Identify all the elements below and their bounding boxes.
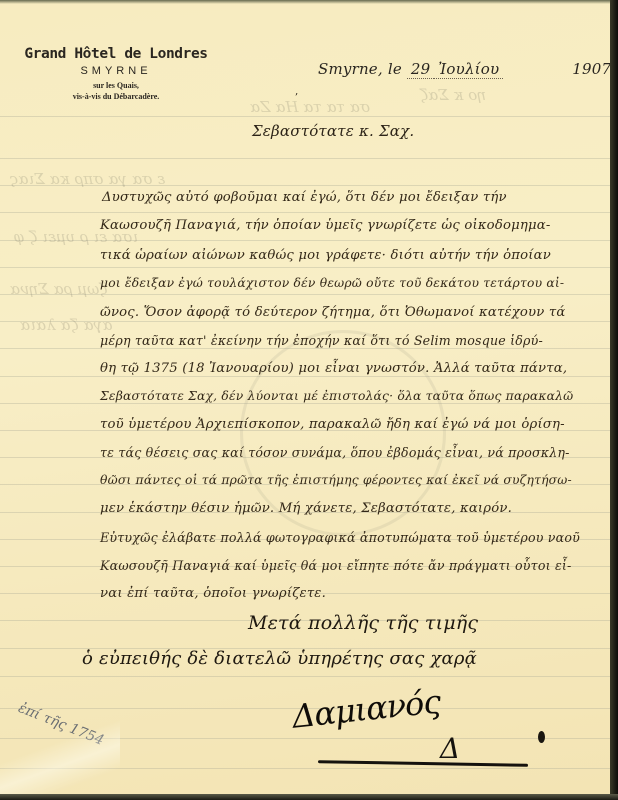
body-line: Καωσουζῆ Παναγιά, τήν ὁποίαν ὑμεῖς γνωρί…: [100, 218, 551, 233]
scan-top-shadow: [0, 0, 610, 4]
ink-blot: [538, 731, 545, 743]
paper-fold-highlight: [0, 714, 120, 794]
hotel-letterhead: Grand Hôtel de Londres SMYRNE sur les Qu…: [16, 46, 216, 101]
date-line: Smyrne, le 29Ἰουλίου 1907: [318, 60, 610, 78]
body-line: τικά ὡραίων αἰώνων καθώς μοι γράφετε· δι…: [100, 248, 551, 263]
ruled-line: [0, 676, 610, 677]
date-day: 29: [407, 60, 435, 79]
signature: Δαμιανός: [290, 682, 441, 735]
date-year: 1907: [572, 60, 610, 78]
salutation: Σεβαστότατε κ. Σαχ.: [252, 122, 414, 140]
ruled-line: [0, 158, 610, 159]
letter-page: ε σα γα σπρ κα Σιας ισα ει ρ υμει ζ φ ζω…: [0, 0, 610, 794]
date-month: Ἰουλίου: [434, 60, 503, 79]
closing-line-2: ὁ εὐπειθής δὲ διατελῶ ὑπηρέτης σας χαρᾷ: [82, 648, 477, 669]
ink-mark: ‚: [295, 86, 298, 97]
body-line: μεν ἑκάστην θέσιν ἡμῶν. Μή χάνετε, Σεβασ…: [100, 501, 512, 516]
ruled-line: [0, 212, 610, 213]
body-line: ῶνος. Ὅσον ἀφορᾷ τό δεύτερον ζήτημα, ὅτι…: [100, 305, 566, 320]
body-line: μοι ἔδειξαν ἐγώ τουλάχιστον δέν θεωρῶ οὔ…: [100, 276, 564, 290]
body-line: Σεβαστότατε Σαχ, δέν λύονται μέ ἐπιστολά…: [100, 389, 573, 403]
bleed-through-text: ε σα γα σπρ κα Σιας: [10, 170, 165, 188]
body-line: τοῦ ὑμετέρου Ἀρχιεπίσκοπον, παρακαλῶ ἤδη…: [100, 417, 565, 432]
hotel-address-line-1: sur les Quais,: [16, 81, 216, 90]
body-line: θῶσι πάντες οἱ τά πρῶτα τῆς ἐπιστήμης φέ…: [100, 473, 572, 487]
signature-initial: Δ: [440, 732, 460, 765]
body-line: Εὐτυχῶς ἐλάβατε πολλά φωτογραφικά ἀποτυπ…: [100, 530, 580, 545]
bleed-through-text: ηο κ Σαζ: [420, 86, 486, 104]
hotel-city: SMYRNE: [16, 65, 216, 77]
body-line: Δυστυχῶς αὐτό φοβοῦμαι καί ἐγώ, ὅτι δέν …: [102, 190, 507, 205]
ruled-line: [0, 267, 610, 268]
scan-edge-bottom: [0, 794, 618, 800]
date-place: Smyrne, le: [318, 60, 402, 78]
hotel-name: Grand Hôtel de Londres: [16, 46, 216, 62]
body-line: θη τῷ 1375 (18 Ἰανουαρίου) μοι εἶναι γνω…: [100, 361, 567, 376]
body-line: μέρη ταῦτα κατ' ἐκείνην τήν ἐποχήν καί ὅ…: [100, 333, 543, 348]
closing-line-1: Μετά πολλῆς τῆς τιμῆς: [248, 612, 478, 634]
bleed-through-text: ζωμ ρα Σηνα: [10, 280, 107, 298]
scan-edge-right: [610, 0, 618, 800]
body-line: τε τάς θέσεις σας καί τόσον συνάμα, ὅπου…: [100, 445, 570, 460]
signature-underline: [318, 760, 528, 767]
bleed-through-text: αγα ζα λαια: [20, 316, 113, 334]
body-line: Καωσουζῆ Παναγιά καί ὑμεῖς θά μοι εἴπητε…: [100, 558, 572, 573]
hotel-address-line-2: vis-à-vis du Débarcadère.: [16, 92, 216, 101]
ruled-line: [0, 116, 610, 117]
body-line: ναι ἐπί ταῦτα, ὁποῖοι γνωρίζετε.: [100, 586, 326, 601]
bleed-through-text: σα τα τα Ηα Ζα: [250, 98, 370, 116]
